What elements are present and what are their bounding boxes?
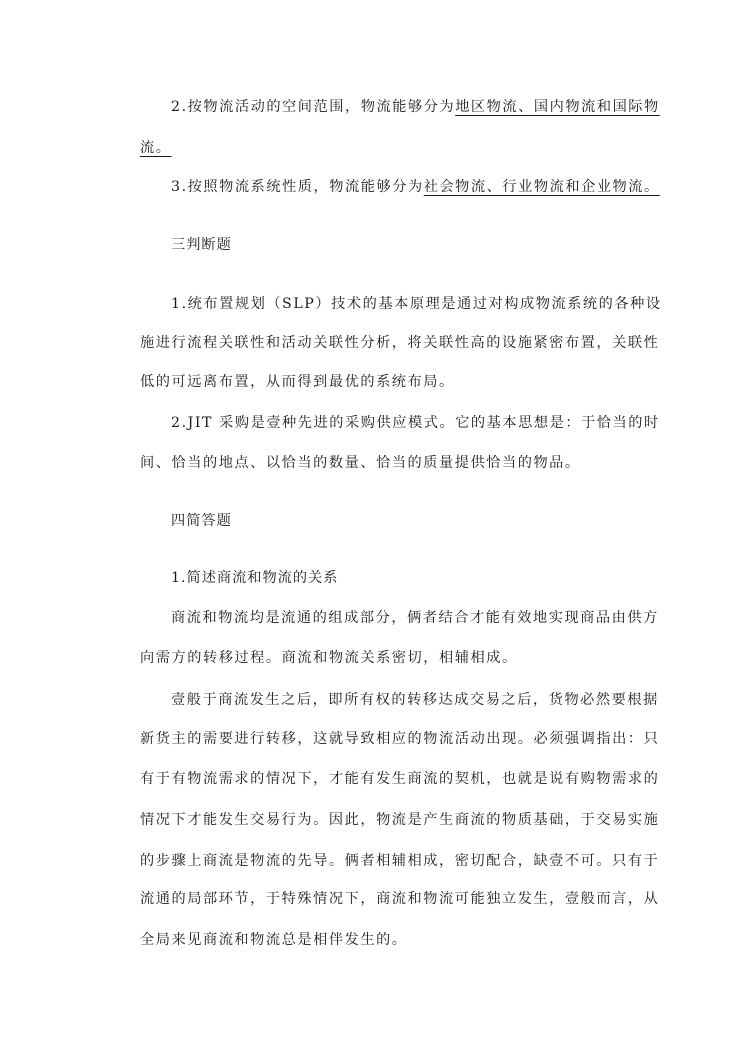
section-heading: 三判断题	[171, 235, 636, 255]
text-line: 有于有物流需求的情况下，才能有发生商流的契机，也就是说有购物需求的	[140, 769, 636, 789]
text-line: 低的可远离布置，从而得到最优的系统布局。	[140, 372, 636, 392]
text-line: 流。	[140, 138, 636, 158]
text-line: 全局来见商流和物流总是相伴发生的。	[140, 930, 636, 950]
text-line: 向需方的转移过程。商流和物流关系密切，相辅相成。	[140, 648, 636, 668]
text-line: 壹般于商流发生之后，即所有权的转移达成交易之后，货物必然要根据	[171, 690, 636, 710]
underlined-answer: 地区物流、国内物流和国际物	[455, 99, 660, 115]
text-line: 情况下才能发生交易行为。因此，物流是产生商流的物质基础，于交易实施	[140, 810, 636, 830]
text-line: 2.JIT 采购是壹种先进的采购供应模式。它的基本思想是：于恰当的时	[171, 413, 636, 433]
question-title: 1.简述商流和物流的关系	[171, 568, 636, 588]
text-line: 2.按物流活动的空间范围，物流能够分为地区物流、国内物流和国际物	[171, 97, 636, 117]
text-line: 1.统布置规划（SLP）技术的基本原理是通过对构成物流系统的各种设	[171, 294, 636, 314]
underlined-answer: 社会物流、行业物流和企业物流。	[424, 179, 660, 195]
text-span: 3.按照物流系统性质，物流能够分为	[171, 179, 424, 195]
section-heading: 四简答题	[171, 511, 636, 531]
text-line: 新货主的需要进行转移，这就导致相应的物流活动出现。必须强调指出：只	[140, 729, 636, 749]
text-line: 间、恰当的地点、以恰当的数量、恰当的质量提供恰当的物品。	[140, 453, 636, 473]
text-line: 3.按照物流系统性质，物流能够分为社会物流、行业物流和企业物流。	[171, 177, 636, 197]
text-line: 的步骤上商流是物流的先导。俩者相辅相成，密切配合，缺壹不可。只有于	[140, 851, 636, 871]
text-line: 流通的局部环节，于特殊情况下，商流和物流可能独立发生，壹般而言，从	[140, 889, 636, 909]
text-line: 施进行流程关联性和活动关联性分析，将关联性高的设施紧密布置，关联性	[140, 333, 636, 353]
text-span: 2.按物流活动的空间范围，物流能够分为	[171, 99, 455, 115]
text-line: 商流和物流均是流通的组成部分，俩者结合才能有效地实现商品由供方	[171, 608, 636, 628]
underlined-answer: 流。	[140, 140, 171, 156]
